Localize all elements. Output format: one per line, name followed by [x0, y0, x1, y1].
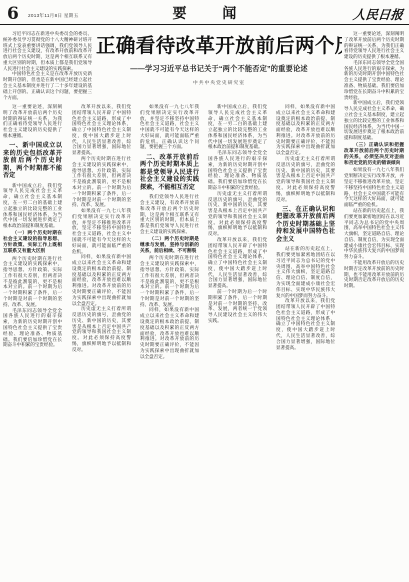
paragraph: 历史虚无主义打着所谓反思历史的旗号，歪曲党的历史、新中国的历史，其要害是从根本上…	[72, 306, 131, 352]
article-subtitle: ——学习习近平总书记关于“两个不能否定”的重要论述	[96, 64, 342, 74]
subsection-heading-2: （二）两个历史时期是继承与发展、坚持与创新的关系，前后相续、不可割裂	[140, 236, 199, 254]
article-author: 中共中央党史研究室	[96, 79, 342, 86]
paragraph: 站在新的历史起点上，我们要更加紧密地团结在以习近平同志为总书记的党中央周围，高举…	[276, 246, 335, 298]
paragraph: 如果没有一九七八年我们党果断决定实行改革开放，并坚定不移推进改革开放，坚定不移坚…	[344, 167, 404, 207]
paragraph: 这一重要论述，深刻阐明了改革开放前后两个历史时期的辩证统一关系，为我们正确看待党…	[344, 31, 404, 60]
paragraph: 两个历史时期在进行社会主义建设的实践探索中，指导思想、方针政策、实际工作有很大差…	[140, 255, 199, 307]
text-column-4: 新中国成立后，我们党领导人民完成社会主义革命，确立社会主义基本制度，在一穷二白的…	[208, 104, 267, 578]
paragraph: 同样，如果没有新中国成立以来社会主义革命和建设奠定的根本政治前提、制度基础以及积…	[72, 254, 131, 306]
paragraph: 我们党领导人民进行社会主义建设，有改革开放前和改革开放后两个历史时期，这是两个相…	[140, 194, 199, 234]
text-column-top-left: 习近平同志在新进中央委员会的委员、候补委员学习贯彻党的十八大精神研讨班开班式上发…	[3, 31, 92, 102]
section-heading-3: 三、在正确认识和把握改革开放前后两个历史时期基础上坚持和发展中国特色社会主义	[276, 206, 335, 244]
subsection-heading-3: （三）正确认识和把握改革开放前后两个历史时期的关系，必须坚决反对歪曲和否定党的历…	[344, 142, 404, 166]
paragraph: 改革开放以来，我们党团结带领人民开辟了中国特色社会主义道路，形成了中国特色社会主…	[276, 298, 335, 350]
paragraph: 历史虚无主义打着所谓反思历史的旗号，歪曲党的历史、新中国的历史，其要害是从根本上…	[208, 191, 267, 237]
paragraph: 毛泽东同志领导全党全国各族人民进行的艰辛探索，为新的历史时期开创中国特色社会主义…	[3, 308, 62, 348]
paragraph: 新中国成立后，我们党领导人民完成社会主义革命，确立社会主义基本制度，建立起独立的…	[344, 100, 404, 140]
header-rule	[0, 24, 409, 25]
paragraph: 同样，如果没有新中国成立以来社会主义革命和建设奠定的根本政治前提、制度基础以及积…	[140, 307, 199, 359]
paragraph: 习近平同志在新进中央委员会的委员、候补委员学习贯彻党的十八大精神研讨班开班式上发…	[3, 31, 92, 71]
paragraph: 中国特色社会主义是在改革开放历史新时期开创的，但也是在新中国已经建立起社会主义基…	[3, 71, 92, 100]
paragraph: 这一重要论述，深刻阐明了改革开放前后两个历史时期的辩证统一关系，为我们正确看待党…	[3, 104, 62, 139]
paragraph: 两个历史时期在进行社会主义建设的实践探索中，指导思想、方针政策、实际工作有很大差…	[72, 156, 131, 208]
paragraph: 历史虚无主义打着所谓反思历史的旗号，歪曲党的历史、新中国的历史，其要害是从根本上…	[276, 156, 335, 202]
section-heading-1: 一、新中国成立以来的历史包括改革开放前后两个历史时期，两个时期都不能否定	[3, 142, 62, 180]
paragraph: 毛泽东同志领导全党全国各族人民进行的艰辛探索，为新的历史时期开创中国特色社会主义…	[208, 150, 267, 190]
newspaper-page: 6 2013年11月8日 星期五 要 闻 人民日报 正确看待改革开放前后两个历史…	[0, 0, 409, 582]
paragraph: 改革开放以来，我们党团结带领人民开辟了中国特色社会主义道路，形成了中国特色社会主…	[208, 237, 267, 289]
masthead-logo: 人民日报	[352, 5, 404, 23]
subsection-heading-1: （一）两个历史时期在社会主义建设的指导思想、方针政策、实际工作上既相互联系又有重…	[3, 230, 62, 254]
text-column-1: 这一重要论述，深刻阐明了改革开放前后两个历史时期的辩证统一关系，为我们正确看待党…	[3, 104, 62, 578]
section-heading-2: 二、改革开放前后两个历史时期本质上都是党领导人民进行社会主义建设的实践探索，不能…	[140, 154, 199, 192]
text-column-3: 如果没有一九七八年我们党果断决定实行改革开放，并坚定不移坚持中国特色社会主义道路…	[140, 104, 199, 578]
text-column-6: 这一重要论述，深刻阐明了改革开放前后两个历史时期的辩证统一关系，为我们正确看待党…	[344, 31, 404, 578]
paragraph: 前一个时期为后一个时期积累了条件，后一个时期是对前一个时期的坚持、改革、发展，两…	[208, 289, 267, 324]
paragraph: 新中国成立后，我们党领导人民完成社会主义革命，确立社会主义基本制度，在一穷二白的…	[208, 104, 267, 150]
section-title: 要 闻	[0, 3, 409, 23]
paragraph: 新中国成立后，我们党领导人民完成社会主义革命，确立社会主义基本制度，在一穷二白的…	[3, 183, 62, 229]
page-header: 6 2013年11月8日 星期五 要 闻 人民日报	[0, 0, 409, 26]
paragraph: 毛泽东同志领导全党全国各族人民进行的艰辛探索，为新的历史时期开创中国特色社会主义…	[344, 60, 404, 100]
paragraph: 改革开放以来，我们党团结带领人民开辟了中国特色社会主义道路，形成了中国特色社会主…	[72, 104, 131, 156]
paragraph: 不能用改革开放后的历史时期否定改革开放前的历史时期，也不能用改革开放前的历史时期…	[344, 260, 404, 289]
text-column-5: 同样，如果没有新中国成立以来社会主义革命和建设奠定的根本政治前提、制度基础以及积…	[276, 104, 335, 578]
paragraph: 如果没有一九七八年我们党果断决定实行改革开放，并坚定不移坚持中国特色社会主义道路…	[140, 104, 199, 150]
paragraph: 站在新的历史起点上，我们要更加紧密地团结在以习近平同志为总书记的党中央周围，高举…	[344, 208, 404, 260]
paragraph: 两个历史时期在进行社会主义建设的实践探索中，指导思想、方针政策、实际工作有很大差…	[3, 256, 62, 308]
article-headline: 正确看待改革开放前后两个历史时期	[96, 33, 342, 59]
paragraph: 同样，如果没有新中国成立以来社会主义革命和建设奠定的根本政治前提、制度基础以及积…	[276, 104, 335, 156]
headline-block: 正确看待改革开放前后两个历史时期 ——学习习近平总书记关于“两个不能否定”的重要…	[96, 31, 342, 102]
text-column-2: 改革开放以来，我们党团结带领人民开辟了中国特色社会主义道路，形成了中国特色社会主…	[72, 104, 131, 578]
paragraph: 如果没有一九七八年我们党果断决定实行改革开放，并坚定不移推进改革开放，坚定不移坚…	[72, 208, 131, 254]
